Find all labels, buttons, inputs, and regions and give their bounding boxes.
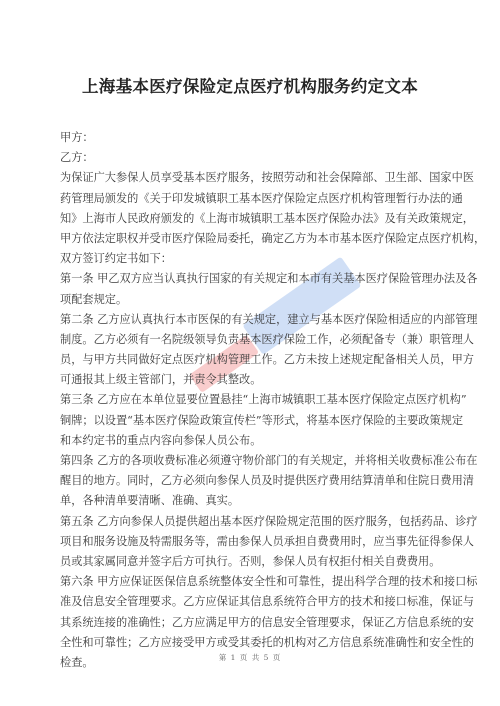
article-6-line: 第六条 甲方应保证医保信息系统整体安全性和可靠性，提出科学合理的技术和接口标: [60, 572, 442, 592]
article-5-line: 员或其家属同意并签字后方可执行。否则，参保人员有权拒付相关自费费用。: [60, 552, 442, 572]
article-2-line: 第二条 乙方应认真执行本市医保的有关规定，建立与基本医疗保险相适应的内部管理: [60, 310, 442, 330]
article-2-line: 员，与甲方共同做好定点医疗机构管理工作。乙方未按上述规定配备相关人员，甲方: [60, 350, 442, 370]
preamble-line: 为保证广大参保人员享受基本医疗服务，按照劳动和社会保障部、卫生部、国家中医: [60, 168, 442, 188]
document-page: 上海基本医疗保险定点医疗机构服务约定文本 甲方： 乙方： 为保证广大参保人员享受…: [0, 0, 500, 706]
document-title: 上海基本医疗保险定点医疗机构服务约定文本: [0, 73, 500, 97]
preamble-line: 知》上海市人民政府颁发的《上海市城镇职工基本医疗保险办法》及有关政策规定，: [60, 209, 442, 229]
article-5-line: 项目和服务设施及特需服务等，需由参保人员承担自费费用时，应当事先征得参保人: [60, 532, 442, 552]
preamble-line: 双方签订约定书如下：: [60, 249, 442, 269]
article-2-line: 制度。乙方必须有一名院级领导负责基本医疗保险工作，必须配备专（兼）职管理人: [60, 330, 442, 350]
article-4-line: 第四条 乙方的各项收费标准必须遵守物价部门的有关规定，并将相关收费标准公布在: [60, 451, 442, 471]
article-2-line: 可通报其上级主管部门，并责令其整改。: [60, 370, 442, 390]
article-4-line: 单，各种清单要清晰、准确、真实。: [60, 491, 442, 511]
preamble-line: 甲方依法定职权并受市医疗保险局委托，确定乙方为本市基本医疗保险定点医疗机构，: [60, 229, 442, 249]
party-a-label: 甲方：: [60, 128, 442, 148]
article-4-line: 醒目的地方。同时，乙方必须向参保人员及时提供医疗费用结算清单和住院日费用清: [60, 471, 442, 491]
article-6-line: 准及信息安全管理要求。乙方应保证其信息系统符合甲方的技术和接口标准，保证与: [60, 592, 442, 612]
page-number: 第 1 页 共 5 页: [0, 652, 500, 663]
document-body: 甲方： 乙方： 为保证广大参保人员享受基本医疗服务，按照劳动和社会保障部、卫生部…: [60, 128, 442, 673]
article-3-line: 铜牌；以设置“基本医疗保险政策宣传栏”等形式，将基本医疗保险的主要政策规定: [60, 411, 442, 431]
article-3-line: 第三条 乙方应在本单位显要位置悬挂“上海市城镇职工基本医疗保险定点医疗机构”: [60, 390, 442, 410]
article-6-line: 全性和可靠性；乙方应接受甲方或受其委托的机构对乙方信息系统准确性和安全性的: [60, 633, 442, 653]
article-3-line: 和本约定书的重点内容向参保人员公布。: [60, 431, 442, 451]
article-5-line: 第五条 乙方向参保人员提供超出基本医疗保险规定范围的医疗服务，包括药品、诊疗: [60, 512, 442, 532]
article-1-line: 项配套规定。: [60, 290, 442, 310]
article-1-line: 第一条 甲乙双方应当认真执行国家的有关规定和本市有关基本医疗保险管理办法及各: [60, 269, 442, 289]
preamble-line: 药管理局颁发的《关于印发城镇职工基本医疗保险定点医疗机构管理暂行办法的通: [60, 189, 442, 209]
article-6-line: 其系统连接的准确性；乙方应满足甲方的信息安全管理要求，保证乙方信息系统的安: [60, 613, 442, 633]
party-b-label: 乙方：: [60, 148, 442, 168]
